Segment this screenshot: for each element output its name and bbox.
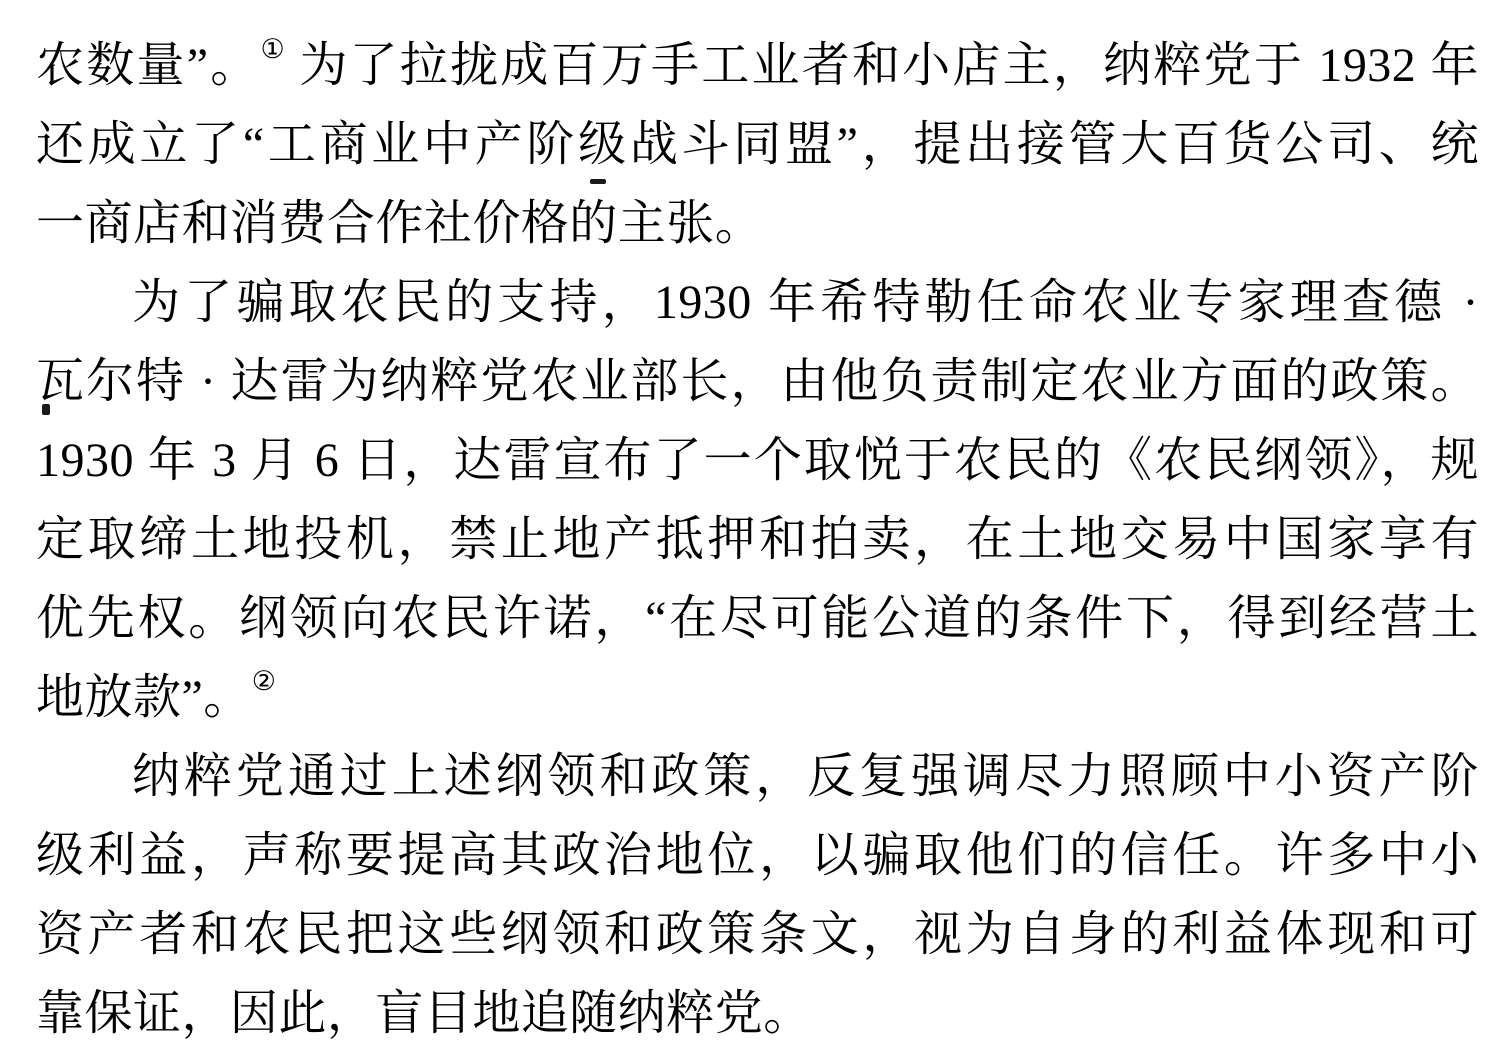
text-line-5: 瓦尔特 · 达雷为纳粹党农业部长，由他负责制定农业方面的政策。 xyxy=(36,342,1479,421)
line-13-text: 靠保证，因此，盲目地追随纳粹党。 xyxy=(36,987,812,1040)
footnote-ref-1: ① xyxy=(261,36,286,63)
line-11-text: 级利益，声称要提高其政治地位，以骗取他们的信任。许多中小 xyxy=(36,829,1479,882)
line-1-text: 农数量”。 xyxy=(36,39,261,92)
line-9-text: 地放款”。 xyxy=(36,671,252,724)
line-10-text: 纳粹党通过上述纲领和政策，反复强调尽力照顾中小资产阶 xyxy=(132,750,1479,803)
text-line-7: 定取缔土地投机，禁止地产抵押和拍卖，在土地交易中国家享有 xyxy=(36,500,1479,579)
text-line-6: 1930 年 3 月 6 日，达雷宣布了一个取悦于农民的《农民纲领》，规 xyxy=(36,421,1479,500)
line-5-text: 瓦尔特 · 达雷为纳粹党农业部长，由他负责制定农业方面的政策。 xyxy=(36,355,1479,408)
footnote-ref-2: ② xyxy=(252,668,277,695)
text-line-9: 地放款”。② xyxy=(36,658,1479,737)
line-1-text-rest: 为了拉拢成百万手工业者和小店主，纳粹党于 1932 年 xyxy=(285,39,1479,92)
line-7-text: 定取缔土地投机，禁止地产抵押和拍卖，在土地交易中国家享有 xyxy=(36,513,1479,566)
text-line-4: 为了骗取农民的支持，1930 年希特勒任命农业专家理查德 · xyxy=(36,263,1479,342)
line-6-text: 1930 年 3 月 6 日，达雷宣布了一个取悦于农民的《农民纲领》，规 xyxy=(36,434,1479,487)
text-line-11: 级利益，声称要提高其政治地位，以骗取他们的信任。许多中小 xyxy=(36,816,1479,895)
line-8-text: 优先权。纲领向农民许诺，“在尽可能公道的条件下，得到经营土 xyxy=(36,592,1479,645)
text-line-2: 还成立了“工商业中产阶级战斗同盟”，提出接管大百货公司、统 xyxy=(36,105,1479,184)
line-12-text: 资产者和农民把这些纲领和政策条文，视为自身的利益体现和可 xyxy=(36,908,1479,961)
text-line-1: 农数量”。① 为了拉拢成百万手工业者和小店主，纳粹党于 1932 年 xyxy=(36,26,1479,105)
text-line-13: 靠保证，因此，盲目地追随纳粹党。 xyxy=(36,974,1479,1053)
text-line-10: 纳粹党通过上述纲领和政策，反复强调尽力照顾中小资产阶 xyxy=(36,737,1479,816)
text-line-3: 一商店和消费合作社价格的主张。 xyxy=(36,184,1479,263)
line-4-text: 为了骗取农民的支持，1930 年希特勒任命农业专家理查德 · xyxy=(132,276,1479,329)
scan-speck-dash xyxy=(590,179,606,184)
book-page: 农数量”。① 为了拉拢成百万手工业者和小店主，纳粹党于 1932 年 还成立了“… xyxy=(0,0,1509,1064)
line-3-text: 一商店和消费合作社价格的主张。 xyxy=(36,197,763,250)
scan-speck-left-margin xyxy=(42,404,50,415)
text-line-12: 资产者和农民把这些纲领和政策条文，视为自身的利益体现和可 xyxy=(36,895,1479,974)
line-2-text: 还成立了“工商业中产阶级战斗同盟”，提出接管大百货公司、统 xyxy=(36,118,1479,171)
text-line-8: 优先权。纲领向农民许诺，“在尽可能公道的条件下，得到经营土 xyxy=(36,579,1479,658)
